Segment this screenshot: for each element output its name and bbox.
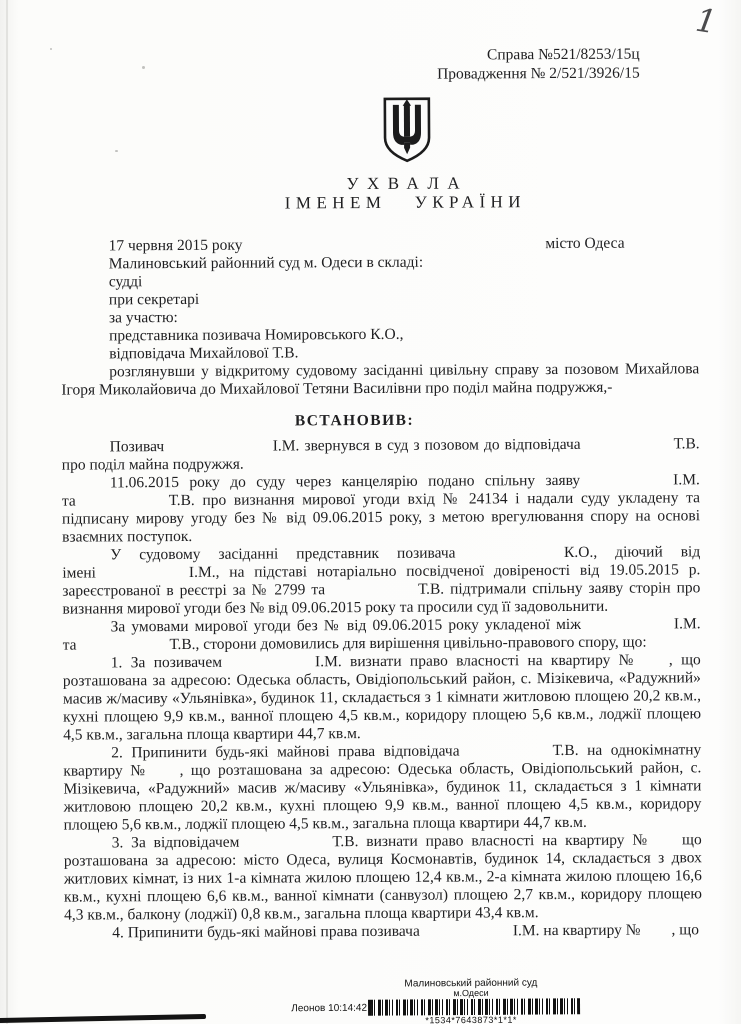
ruling-paragraph: У судовому засіданні представник позивач… (62, 543, 700, 618)
ruling-paragraph: 1. За позивачем І.М. визнати право власн… (63, 651, 701, 744)
ruling-text: Позивач І.М. звернувся в суд з позовом д… (62, 435, 703, 942)
stamp-court-city: м.Одеси (368, 988, 574, 997)
registration-stamp: Малиновський районний суд м.Одеси Леонов… (368, 977, 574, 1024)
document-body: Справа №521/8253/15ц Провадження № 2/521… (0, 0, 741, 1024)
ruling-paragraph: 4. Припинити будь-які майнові права пози… (64, 921, 702, 942)
decision-date: 17 червня 2015 року (61, 237, 243, 256)
ruling-paragraph: За умовами мирової угоди без № від 09.06… (63, 615, 701, 654)
scanned-court-document: 1 Справа №521/8253/15ц Провадження № 2/5… (0, 0, 741, 1024)
document-subtitle: ІМЕНЕМ УКРАЇНИ (86, 191, 724, 213)
case-considered-paragraph: розглянувши у відкритому судовому засіда… (61, 360, 699, 399)
court-composition: Малиновський районний суд м. Одеси в скл… (61, 252, 700, 363)
barcode-number: *1534*7643873*1*1* (368, 1014, 574, 1024)
date-city-row: 17 червня 2015 року місто Одеса (61, 234, 699, 255)
barcode-icon (368, 998, 580, 1015)
established-heading: ВСТАНОВИВ: (35, 410, 673, 431)
ruling-paragraph: Позивач І.М. звернувся в суд з позовом д… (62, 435, 700, 474)
decision-city: місто Одеса (545, 234, 698, 253)
proceeding-number: Провадження № 2/521/3926/15 (60, 64, 640, 86)
ukraine-trident-emblem-icon (381, 96, 433, 164)
ruling-paragraph: 2. Припинити будь-які майнові права відп… (63, 741, 701, 834)
barcode-row: Леонов 10:14:42 (368, 998, 574, 1015)
case-header: Справа №521/8253/15ц Провадження № 2/521… (60, 44, 698, 85)
stamp-operator-timestamp: Леонов 10:14:42 (291, 1003, 367, 1015)
ruling-paragraph: 3. За відповідачем Т.В. визнати право вл… (64, 831, 702, 924)
ruling-paragraph: 11.06.2015 року до суду через канцелярію… (62, 471, 700, 546)
